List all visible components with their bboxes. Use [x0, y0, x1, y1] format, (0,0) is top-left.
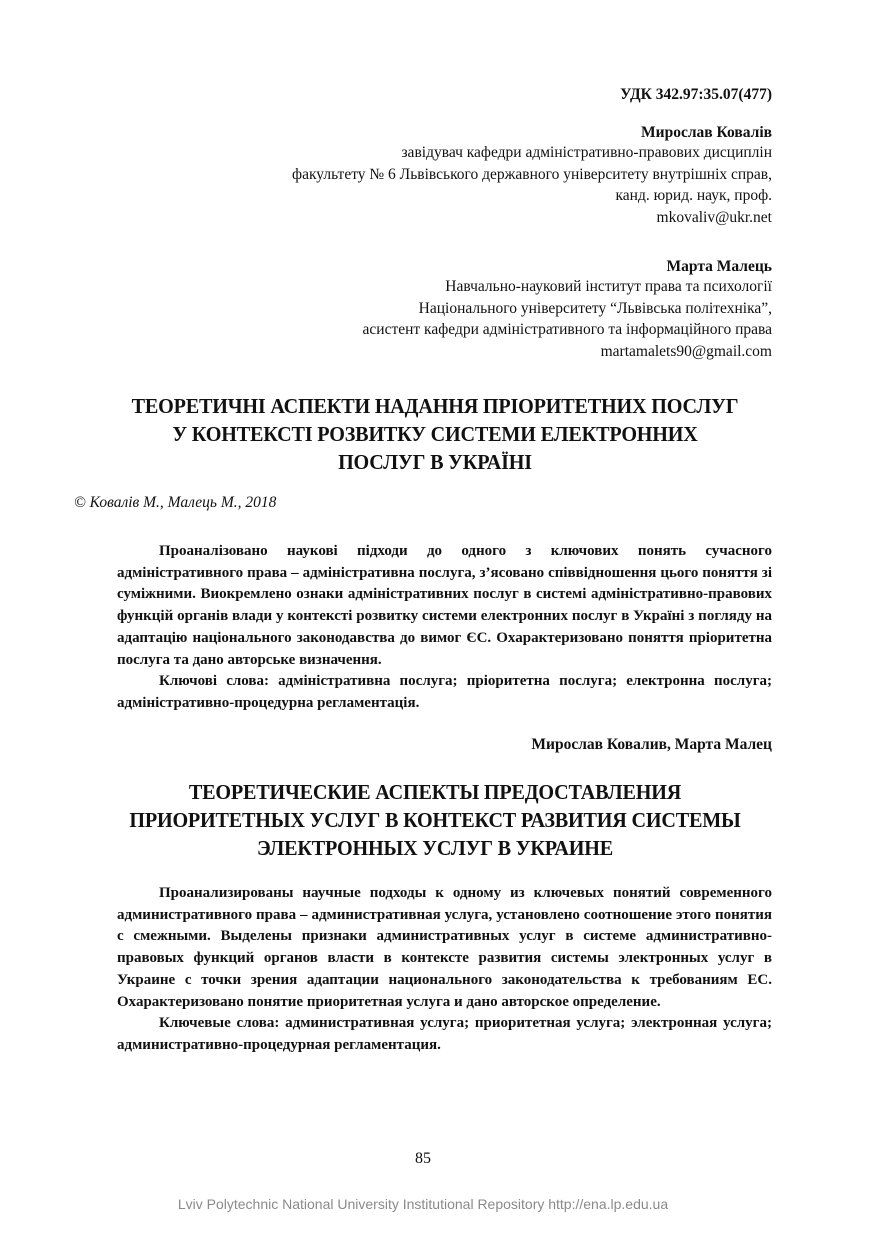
- title-line: ПРИОРИТЕТНЫХ УСЛУГ В КОНТЕКСТ РАЗВИТИЯ С…: [104, 806, 766, 834]
- udk-code: УДК 342.97:35.07(477): [620, 86, 772, 104]
- abstract-ru: Проанализированы научные подходы к одном…: [117, 883, 772, 1057]
- author-block-2: Марта Малець Навчально-науковий інститут…: [363, 258, 772, 362]
- paper-title-uk: ТЕОРЕТИЧНІ АСПЕКТИ НАДАННЯ ПРІОРИТЕТНИХ …: [104, 392, 766, 476]
- author-affiliation-line: Навчально-науковий інститут права та пси…: [363, 276, 772, 298]
- author-affiliation-line: завідувач кафедри адміністративно-правов…: [292, 142, 772, 164]
- paper-title-ru: ТЕОРЕТИЧЕСКИЕ АСПЕКТЫ ПРЕДОСТАВЛЕНИЯ ПРИ…: [104, 778, 766, 862]
- repository-footer: Lviv Polytechnic National University Ins…: [0, 1196, 846, 1212]
- keywords: Ключевые слова: административная услуга;…: [117, 1013, 772, 1056]
- byline-ru: Мирослав Ковалив, Марта Малец: [531, 736, 772, 754]
- author-affiliation-line: канд. юрид. наук, проф.: [292, 185, 772, 207]
- author-affiliation-line: факультету № 6 Львівського державного ун…: [292, 164, 772, 186]
- author-affiliation-line: асистент кафедри адміністративного та ін…: [363, 319, 772, 341]
- keywords: Ключові слова: адміністративна послуга; …: [117, 671, 772, 714]
- copyright-notice: © Ковалів М., Малець М., 2018: [74, 494, 276, 512]
- author-email: martamalets90@gmail.com: [363, 341, 772, 363]
- title-line: ПОСЛУГ В УКРАЇНІ: [104, 448, 766, 476]
- author-affiliation-line: Національного університету “Львівська по…: [363, 298, 772, 320]
- abstract-uk: Проаналізовано наукові підходи до одного…: [117, 541, 772, 715]
- abstract-text: Проаналізовано наукові підходи до одного…: [117, 541, 772, 671]
- title-line: У КОНТЕКСТІ РОЗВИТКУ СИСТЕМИ ЕЛЕКТРОННИХ: [104, 420, 766, 448]
- title-line: ТЕОРЕТИЧНІ АСПЕКТИ НАДАННЯ ПРІОРИТЕТНИХ …: [104, 392, 766, 420]
- author-name: Мирослав Ковалів: [292, 124, 772, 142]
- author-block-1: Мирослав Ковалів завідувач кафедри адмін…: [292, 124, 772, 228]
- title-line: ТЕОРЕТИЧЕСКИЕ АСПЕКТЫ ПРЕДОСТАВЛЕНИЯ: [104, 778, 766, 806]
- abstract-text: Проанализированы научные подходы к одном…: [117, 883, 772, 1013]
- page-number: 85: [0, 1150, 846, 1168]
- author-email: mkovaliv@ukr.net: [292, 207, 772, 229]
- author-name: Марта Малець: [363, 258, 772, 276]
- title-line: ЭЛЕКТРОННЫХ УСЛУГ В УКРАИНЕ: [104, 834, 766, 862]
